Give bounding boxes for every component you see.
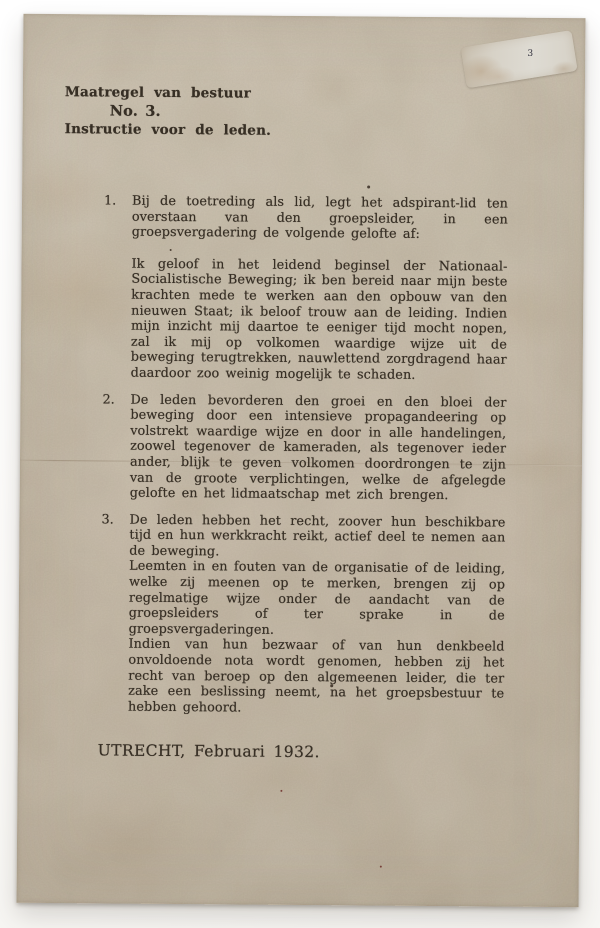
ink-speck (367, 186, 370, 189)
doc-number: No. 3. (110, 102, 272, 122)
item-text: Bij de toetreding als lid, legt het adsp… (131, 194, 508, 384)
doc-title: Maatregel van bestuur (65, 83, 272, 103)
doc-place-date: UTRECHT, Februari 1932. (98, 741, 320, 761)
instruction-list: 1. Bij de toetreding als lid, legt het a… (100, 193, 508, 729)
item-paragraph: De leden hebben het recht, zoover hun be… (129, 512, 505, 562)
item-paragraph: Bij de toetreding als lid, legt het adsp… (132, 194, 508, 244)
item-number: 3. (100, 512, 130, 715)
ink-speck (380, 866, 382, 868)
ink-speck (280, 790, 282, 792)
item-paragraph: Leemten in en fouten van de organisatie … (129, 559, 506, 640)
instruction-item-1: 1. Bij de toetreding als lid, legt het a… (103, 193, 508, 384)
item-paragraph: De leden bevorderen den groei en den blo… (130, 392, 507, 504)
ink-speck (170, 249, 172, 251)
item-number: 1. (103, 193, 132, 381)
instruction-item-3: 3. De leden hebben het recht, zoover hun… (100, 512, 506, 718)
document-content: Maatregel van bestuur No. 3. Instructie … (17, 14, 586, 907)
item-paragraph: Indien van hun bezwaar of van hun denkbe… (128, 637, 505, 718)
item-text: De leden bevorderen den groei en den blo… (130, 392, 507, 504)
doc-header: Maatregel van bestuur No. 3. Instructie … (65, 83, 272, 140)
item-number: 2. (102, 392, 131, 501)
document-paper: 3 Maatregel van bestuur No. 3. Instructi… (17, 14, 586, 907)
photo-background: 3 Maatregel van bestuur No. 3. Instructi… (0, 0, 600, 928)
oath-paragraph: Ik geloof in het leidend beginsel der Na… (131, 256, 508, 384)
doc-subtitle: Instructie voor de leden. (65, 120, 272, 140)
ink-speck (330, 684, 333, 687)
instruction-item-2: 2. De leden bevorderen den groei en den … (102, 392, 507, 504)
item-text: De leden hebben het recht, zoover hun be… (128, 512, 506, 718)
